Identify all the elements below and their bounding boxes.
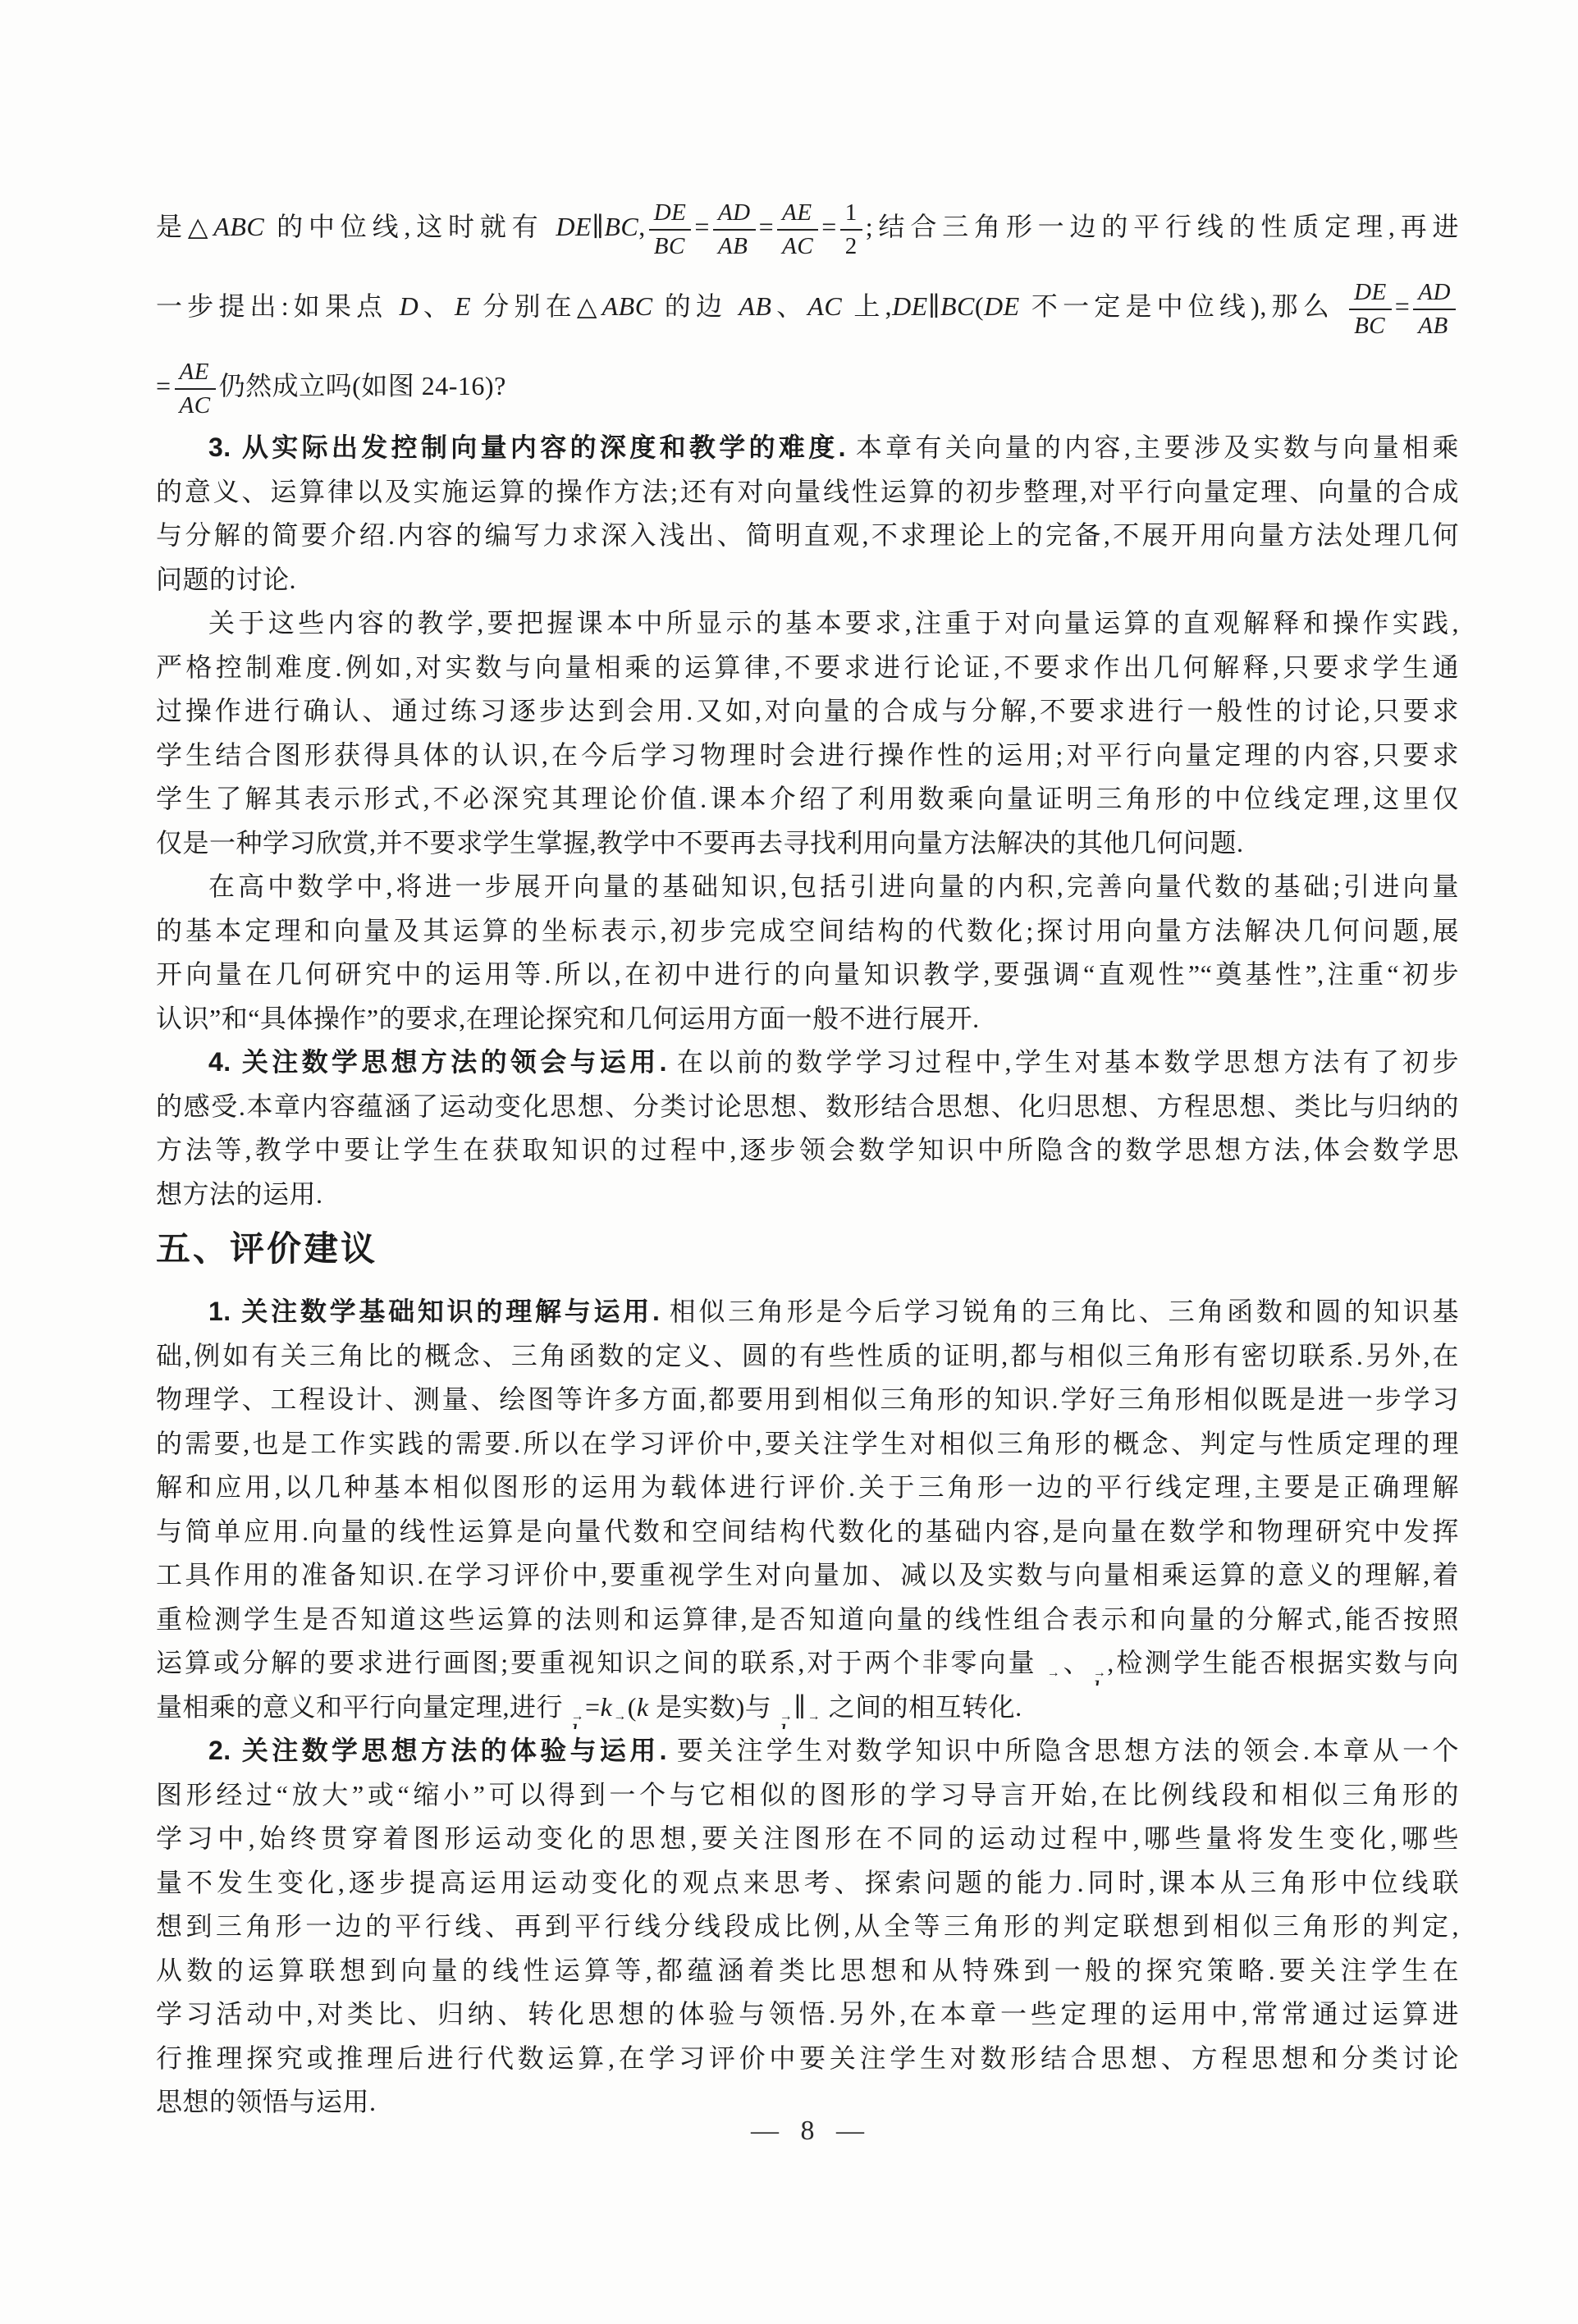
math-text: DE∥BC [556, 212, 638, 241]
text-line: 想到三角形一边的平行线、再到平行线分线段成比例,从全等三角形的判定联想到相似三角… [156, 1905, 1459, 1949]
math-text: D [400, 291, 419, 321]
text-line: 图形经过“放大”或“缩小”可以得到一个与它相似的图形的学习导言开始,在比例线段和… [156, 1773, 1459, 1818]
text-line: 仅是一种学习欣赏,并不要求学生掌握,教学中不要再去寻找利用向量方法解决的其他几何… [156, 821, 1459, 866]
text-line: 础,例如有关三角比的概念、三角函数的定义、圆的有些性质的证明,都与相似三角形有密… [156, 1334, 1459, 1379]
text-line: 在高中数学中,将进一步展开向量的基础知识,包括引进向量的内积,完善向量代数的基础… [156, 865, 1459, 909]
text-line: 3. 从实际出发控制向量内容的深度和教学的难度.本章有关向量的内容,主要涉及实数… [156, 426, 1459, 470]
text-line: 学习中,始终贯穿着图形运动变化的思想,要关注图形在不同的运动过程中,哪些量将发生… [156, 1817, 1459, 1861]
fraction: ADAB [713, 199, 756, 259]
paragraph-lead-bold: 1. 关注数学基础知识的理解与运用. [208, 1297, 660, 1326]
text-line: 是△ABC 的中位线,这时就有 DE∥BC,DEBC=ADAB=AEAC=12;… [156, 187, 1459, 267]
math-text: AB [739, 291, 771, 321]
math-text: AC [807, 291, 842, 321]
paragraph-lead-bold: 2. 关注数学思想方法的体验与运用. [208, 1736, 667, 1765]
text-line: 严格控制难度.例如,对实数与向量相乘的运算律,不要求进行论证,不要求作出几何解释… [156, 646, 1459, 690]
math-text: k [601, 1692, 613, 1722]
text-line: 过操作进行确认、通过练习逐步达到会用.又如,对向量的合成与分解,不要求进行一般性… [156, 689, 1459, 734]
math-text: DE [984, 291, 1020, 321]
math-text: △ABC [577, 291, 653, 321]
paragraph: 3. 从实际出发控制向量内容的深度和教学的难度.本章有关向量的内容,主要涉及实数… [156, 426, 1459, 602]
math-text: △ABC [188, 212, 264, 241]
text-line: 开向量在几何研究中的运用等.所以,在初中进行的向量知识教学,要强调“直观性”“奠… [156, 953, 1459, 997]
text-line: 量不发生变化,逐步提高运用运动变化的观点来思考、探索问题的能力.同时,课本从三角… [156, 1861, 1459, 1905]
paragraph: 4. 关注数学思想方法的领会与运用.在以前的数学学习过程中,学生对基本数学思想方… [156, 1041, 1459, 1216]
paragraph: 在高中数学中,将进一步展开向量的基础知识,包括引进向量的内积,完善向量代数的基础… [156, 865, 1459, 1041]
paragraph: 是△ABC 的中位线,这时就有 DE∥BC,DEBC=ADAB=AEAC=12;… [156, 187, 1459, 426]
text-line: 一步提出:如果点 D、E 分别在△ABC 的边 AB、AC 上,DE∥BC(DE… [156, 267, 1459, 346]
paragraph: 2. 关注数学思想方法的体验与运用.要关注学生对数学知识中所隐含思想方法的领会.… [156, 1729, 1459, 2125]
text-line: 与简单应用.向量的线性运算是向量代数和空间结构代数化的基础内容,是向量在数学和物… [156, 1510, 1459, 1554]
section-heading: 五、评价建议 [156, 1229, 1459, 1269]
vector-symbol: →b [1093, 1670, 1107, 1686]
fraction: 12 [840, 199, 862, 259]
text-line: 行推理探究或推理后进行代数运算,在学习评价中要关注学生对数形结合思想、方程思想和… [156, 2037, 1459, 2081]
content-area: 是△ABC 的中位线,这时就有 DE∥BC,DEBC=ADAB=AEAC=12;… [156, 187, 1459, 2125]
vector-symbol: →b [571, 1713, 585, 1729]
text-line: 与分解的简要介绍.内容的编写力求深入浅出、简明直观,不求理论上的完备,不展开用向… [156, 514, 1459, 558]
math-text: E [455, 291, 471, 321]
paragraph: 关于这些内容的教学,要把握课本中所显示的基本要求,注重于对向量运算的直观解释和操… [156, 602, 1459, 865]
text-line: 的需要,也是工作实践的需要.所以在学习评价中,要关注学生对相似三角形的概念、判定… [156, 1422, 1459, 1466]
text-line: 的基本定理和向量及其运算的坐标表示,初步完成空间结构的代数化;探讨用向量方法解决… [156, 909, 1459, 954]
fraction: ADAB [1413, 279, 1456, 339]
fraction: DEBC [1349, 279, 1392, 339]
text-line: =AEAC仍然成立吗(如图 24-16)? [156, 346, 1459, 426]
math-text: DE∥BC [892, 291, 975, 321]
fraction: AEAC [175, 359, 216, 419]
fraction: DEBC [649, 199, 692, 259]
text-line: 运算或分解的要求进行画图;要重视知识之间的联系,对于两个非零向量 →a、→b,检… [156, 1641, 1459, 1686]
text-line: 1. 关注数学基础知识的理解与运用.相似三角形是今后学习锐角的三角比、三角函数和… [156, 1290, 1459, 1334]
text-line: 量相乘的意义和平行向量定理,进行 →b=k→a(k 是实数)与 →b∥→a 之间… [156, 1686, 1459, 1730]
text-line: 方法等,教学中要让学生在获取知识的过程中,逐步领会数学知识中所隐含的数学思想方法… [156, 1128, 1459, 1173]
text-line: 4. 关注数学思想方法的领会与运用.在以前的数学学习过程中,学生对基本数学思想方… [156, 1041, 1459, 1085]
page-number: — 8 — [156, 2116, 1459, 2147]
text-line: 关于这些内容的教学,要把握课本中所显示的基本要求,注重于对向量运算的直观解释和操… [156, 602, 1459, 646]
text-line: 问题的讨论. [156, 558, 1459, 602]
text-line: 物理学、工程设计、测量、绘图等许多方面,都要用到相似三角形的知识.学好三角形相似… [156, 1378, 1459, 1422]
text-line: 解和应用,以几种基本相似图形的运用为载体进行评价.关于三角形一边的平行线定理,主… [156, 1466, 1459, 1510]
fraction: AEAC [777, 199, 818, 259]
text-line: 工具作用的准备知识.在学习评价中,要重视学生对向量加、减以及实数与向量相乘运算的… [156, 1553, 1459, 1598]
text-line: 重检测学生是否知道这些运算的法则和运算律,是否知道向量的线性组合表示和向量的分解… [156, 1598, 1459, 1642]
paragraph-lead-bold: 4. 关注数学思想方法的领会与运用. [208, 1047, 667, 1077]
text-line: 的意义、运算律以及实施运算的操作方法;还有对向量线性运算的初步整理,对平行向量定… [156, 470, 1459, 515]
text-line: 2. 关注数学思想方法的体验与运用.要关注学生对数学知识中所隐含思想方法的领会.… [156, 1729, 1459, 1773]
text-line: 认识”和“具体操作”的要求,在理论探究和几何运用方面一般不进行展开. [156, 997, 1459, 1041]
vector-symbol: →a [807, 1713, 821, 1729]
text-line: 学习活动中,对类比、归纳、转化思想的体验与领悟.另外,在本章一些定理的运用中,常… [156, 1992, 1459, 2037]
scanned-document-page: 是△ABC 的中位线,这时就有 DE∥BC,DEBC=ADAB=AEAC=12;… [0, 0, 1578, 2324]
text-line: 从数的运算联想到向量的线性运算等,都蕴涵着类比思想和从特殊到一般的探究策略.要关… [156, 1949, 1459, 1993]
vector-symbol: →a [1047, 1670, 1061, 1686]
vector-symbol: →b [780, 1713, 794, 1729]
text-line: 想方法的运用. [156, 1173, 1459, 1217]
text-line: 学生结合图形获得具体的认识,在今后学习物理时会进行操作性的运用;对平行向量定理的… [156, 734, 1459, 778]
vector-symbol: →a [613, 1713, 627, 1729]
paragraph-lead-bold: 3. 从实际出发控制向量内容的深度和教学的难度. [208, 432, 846, 462]
paragraph: 1. 关注数学基础知识的理解与运用.相似三角形是今后学习锐角的三角比、三角函数和… [156, 1290, 1459, 1729]
math-text: k [637, 1692, 649, 1722]
text-line: 的感受.本章内容蕴涵了运动变化思想、分类讨论思想、数形结合思想、化归思想、方程思… [156, 1085, 1459, 1129]
math-text: ∥ [794, 1692, 806, 1722]
text-line: 学生了解其表示形式,不必深究其理论价值.课本介绍了利用数乘向量证明三角形的中位线… [156, 777, 1459, 821]
